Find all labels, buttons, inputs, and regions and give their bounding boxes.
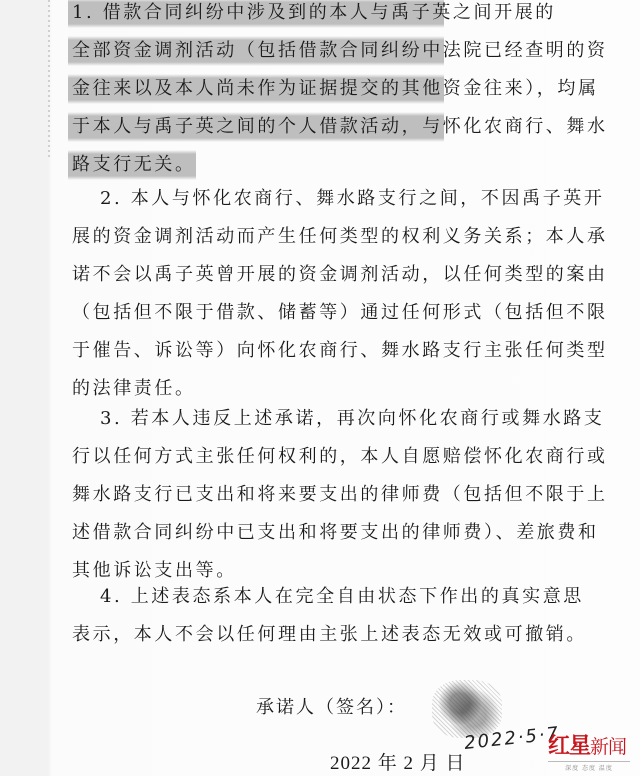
scan-edge [48, 0, 50, 160]
logo-text: 红星新闻 [548, 733, 640, 760]
text-line: 金往来以及本人尚未作为证据提交的其他资金往来），均属 [68, 70, 444, 108]
text-line: 表示，本人不会以任何理由主张上述表态无效或可撤销。 [72, 616, 444, 654]
paragraph-4: 4. 上述表态系本人在完全自由状态下作出的真实意思 表示，本人不会以任何理由主张… [72, 578, 444, 654]
text-line: 于本人与禹子英之间的个人借款活动，与怀化农商行、舞水 [68, 108, 444, 146]
logo-tagline: 深度 态度 温度 [548, 761, 630, 772]
text-line: 2. 本人与怀化农商行、舞水路支行之间，不因禹子英开 [72, 180, 444, 218]
paragraph-3: 3. 若本人违反上述承诺，再次向怀化农商行或舞水路支 行以任何方式主张任何权利的… [72, 400, 444, 590]
text-line: 4. 上述表态系本人在完全自由状态下作出的真实意思 [72, 578, 444, 616]
text-line: （包括但不限于借款、储蓄等）通过任何形式（包括但不限 [72, 294, 444, 332]
logo-main-text: 红星 [548, 733, 590, 759]
text-line: 展的资金调剂活动而产生任何类型的权利义务关系；本人承 [72, 218, 444, 256]
text-line: 全部资金调剂活动（包括借款合同纠纷中法院已经查明的资 [68, 32, 444, 70]
text-line: 诺不会以禹子英曾开展的资金调剂活动，以任何类型的案由 [72, 256, 444, 294]
text-line: 路支行无关。 [68, 146, 196, 184]
text-line: 3. 若本人违反上述承诺，再次向怀化农商行或舞水路支 [72, 400, 444, 438]
watermark-logo: 红星新闻 深度 态度 温度 [548, 733, 640, 773]
text-line: 舞水路支行已支出和将来要支出的律师费（包括但不限于上 [72, 476, 444, 514]
signature-label: 承诺人（签名）： [256, 693, 407, 719]
text-line: 行以任何方式主张任何权利的，本人自愿赔偿怀化农商行或 [72, 438, 444, 476]
logo-sub-text: 新闻 [590, 736, 626, 758]
paragraph-2: 2. 本人与怀化农商行、舞水路支行之间，不因禹子英开 展的资金调剂活动而产生任何… [72, 180, 444, 408]
text-line: 于催告、诉讼等）向怀化农商行、舞水路支行主张任何类型 [72, 332, 444, 370]
printed-date: 2022 年 2 月 日 [330, 748, 466, 775]
paragraph-1: 1. 借款合同纠纷中涉及到的本人与禹子英之间开展的 全部资金调剂活动（包括借款合… [72, 0, 444, 184]
document-page: 1. 借款合同纠纷中涉及到的本人与禹子英之间开展的 全部资金调剂活动（包括借款合… [0, 0, 640, 776]
text-line: 1. 借款合同纠纷中涉及到的本人与禹子英之间开展的 [68, 0, 444, 32]
text-line: 述借款合同纠纷中已支出和将要支出的律师费）、差旅费和 [72, 514, 444, 552]
